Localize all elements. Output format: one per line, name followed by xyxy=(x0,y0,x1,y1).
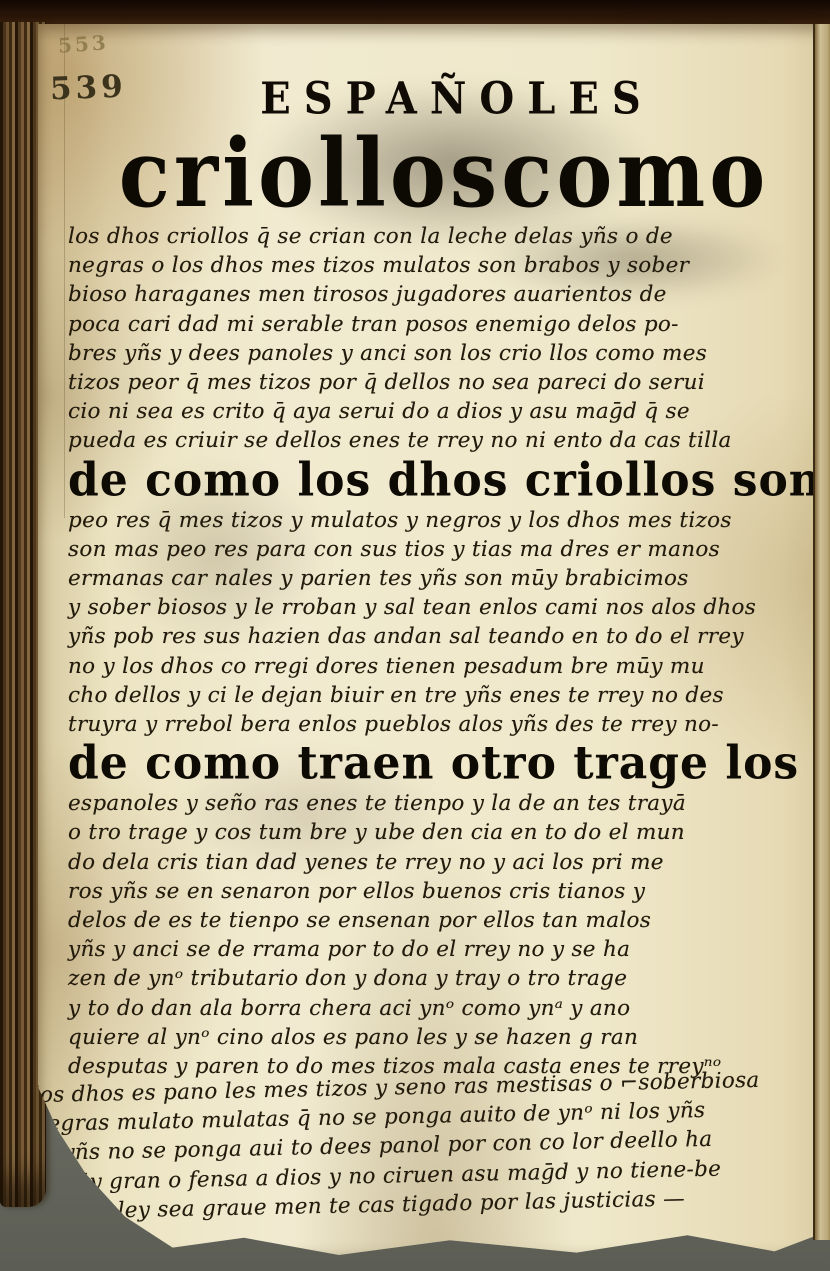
manuscript-line: tizos peor q̄ mes tizos por q̄ dellos no… xyxy=(68,368,826,397)
manuscript-line: y to do dan ala borra chera aci ynᵒ como… xyxy=(68,994,826,1023)
manuscript-line: do dela cris tian dad yenes te rrey no y… xyxy=(68,848,826,877)
manuscript-line: negras o los dhos mes tizos mulatos son … xyxy=(68,251,826,280)
manuscript-page: 553 539 ESPAÑOLES criolloscomo los dhos … xyxy=(38,24,830,1260)
manuscript-line: o tro trage y cos tum bre y ube den cia … xyxy=(68,818,826,847)
manuscript-line: son mas peo res para con sus tios y tias… xyxy=(68,535,826,564)
manuscript-line: ermanas car nales y parien tes yñs son m… xyxy=(68,564,826,593)
manuscript-line: yñs pob res sus hazien das andan sal tea… xyxy=(68,622,826,651)
manuscript-line: peo res q̄ mes tizos y mulatos y negros … xyxy=(68,506,826,535)
section-heading: de como traen otro trage los xyxy=(68,739,826,788)
manuscript-line: yñs y anci se de rrama por to do el rrey… xyxy=(68,935,826,964)
section-heading: de como los dhos criollos son xyxy=(68,455,826,504)
manuscript-line: delos de es te tienpo se ensenan por ell… xyxy=(68,906,826,935)
manuscript-section: los dhos es pano les mes tizos y seno ra… xyxy=(38,1065,827,1228)
page-main-title: criolloscomo xyxy=(62,124,826,223)
manuscript-line: truyra y rrebol bera enlos pueblos alos … xyxy=(68,710,826,739)
manuscript-section: de como los dhos criollos sonpeo res q̄ … xyxy=(68,457,826,740)
manuscript-line: no y los dhos co rregi dores tienen pesa… xyxy=(68,652,826,681)
manuscript-sections: los dhos criollos q̄ se crian con la lec… xyxy=(68,222,826,1227)
manuscript-section: de como traen otro trage losespanoles y … xyxy=(68,740,826,1081)
manuscript-line: bres yñs y dees panoles y anci son los c… xyxy=(68,339,826,368)
manuscript-line: cho dellos y ci le dejan biuir en tre yñ… xyxy=(68,681,826,710)
manuscript-section: los dhos criollos q̄ se crian con la lec… xyxy=(68,222,826,456)
manuscript-line: pueda es criuir se dellos enes te rrey n… xyxy=(68,426,826,455)
next-page-edge xyxy=(813,24,830,1240)
page-content: ESPAÑOLES criolloscomo los dhos criollos… xyxy=(38,24,830,1227)
manuscript-line: cio ni sea es crito q̄ aya serui do a di… xyxy=(68,397,826,426)
manuscript-line: y sober biosos y le rroban y sal tean en… xyxy=(68,593,826,622)
manuscript-line: ros yñs se en senaron por ellos buenos c… xyxy=(68,877,826,906)
manuscript-line: bioso haraganes men tirosos jugadores au… xyxy=(68,280,826,309)
manuscript-line: zen de ynᵒ tributario don y dona y tray … xyxy=(68,964,826,993)
manuscript-line: espanoles y seño ras enes te tienpo y la… xyxy=(68,789,826,818)
manuscript-photo: 553 539 ESPAÑOLES criolloscomo los dhos … xyxy=(0,0,830,1271)
manuscript-line: quiere al ynᵒ cino alos es pano les y se… xyxy=(68,1023,826,1052)
manuscript-line: poca cari dad mi serable tran posos enem… xyxy=(68,310,826,339)
page-header-title: ESPAÑOLES xyxy=(88,76,826,122)
